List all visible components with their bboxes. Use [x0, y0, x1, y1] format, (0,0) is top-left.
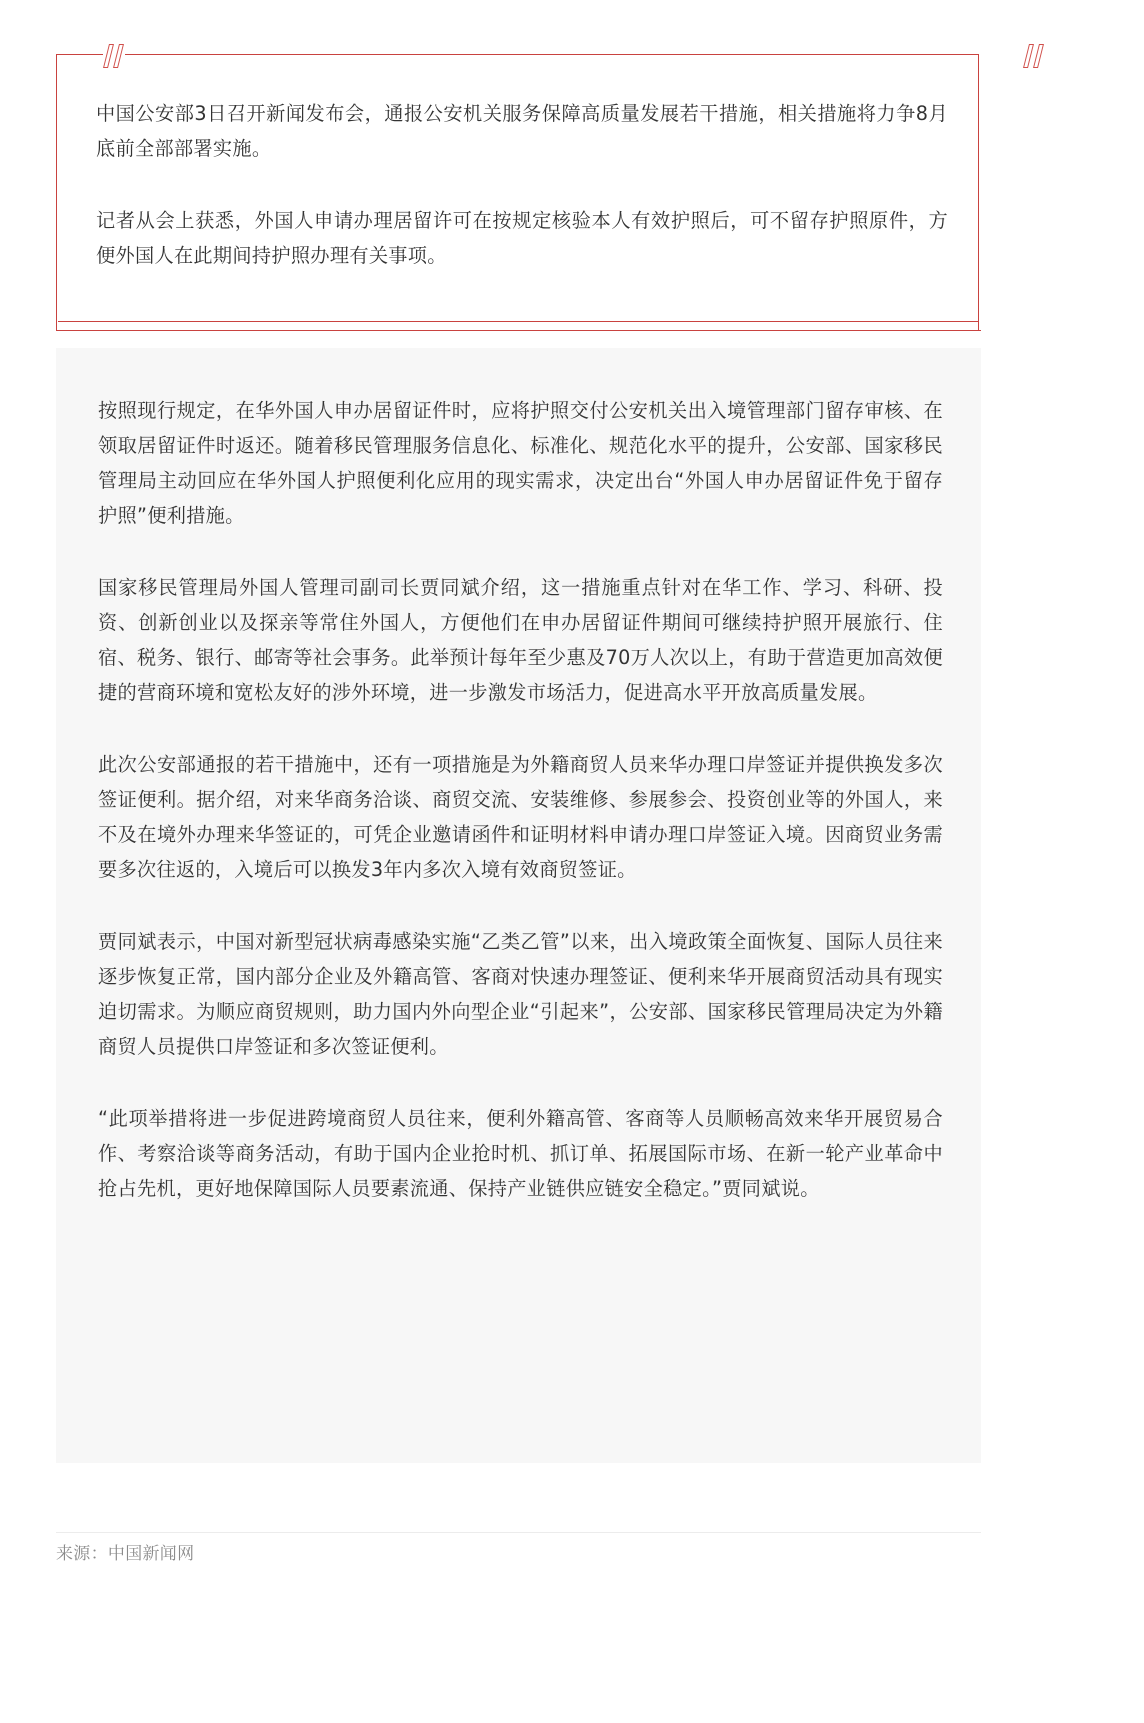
body-paragraph: 按照现行规定，在华外国人申办居留证件时，应将护照交付公安机关出入境管理部门留存审…	[98, 393, 943, 533]
clip-bar	[1033, 44, 1044, 68]
body-paragraph: 国家移民管理局外国人管理司副司长贾同斌介绍，这一措施重点针对在华工作、学习、科研…	[98, 570, 943, 710]
source-credit: 来源：中国新闻网	[56, 1540, 194, 1568]
lead-box: 中国公安部3日召开新闻发布会，通报公安机关服务保障高质量发展若干措施，相关措施将…	[96, 96, 948, 310]
article-body-box: 按照现行规定，在华外国人申办居留证件时，应将护照交付公安机关出入境管理部门留存审…	[56, 348, 981, 1463]
body-paragraph: “此项举措将进一步促进跨境商贸人员往来，便利外籍高管、客商等人员顺畅高效来华开展…	[98, 1101, 943, 1206]
frame-clip-right-icon	[1023, 48, 1045, 64]
footer-divider	[56, 1532, 981, 1533]
article-body: 按照现行规定，在华外国人申办居留证件时，应将护照交付公安机关出入境管理部门留存审…	[98, 393, 943, 1243]
frame-clip-left-icon	[103, 48, 125, 64]
lead-frame-outer-rule	[56, 330, 981, 331]
lead-paragraph: 中国公安部3日召开新闻发布会，通报公安机关服务保障高质量发展若干措施，相关措施将…	[96, 96, 948, 166]
body-paragraph: 此次公安部通报的若干措施中，还有一项措施是为外籍商贸人员来华办理口岸签证并提供换…	[98, 747, 943, 887]
lead-frame-inner-rule	[58, 321, 979, 322]
body-paragraph: 贾同斌表示，中国对新型冠状病毒感染实施“乙类乙管”以来，出入境政策全面恢复、国际…	[98, 924, 943, 1064]
lead-paragraph: 记者从会上获悉，外国人申请办理居留许可在按规定核验本人有效护照后，可不留存护照原…	[96, 203, 948, 273]
clip-bar	[1023, 44, 1034, 68]
